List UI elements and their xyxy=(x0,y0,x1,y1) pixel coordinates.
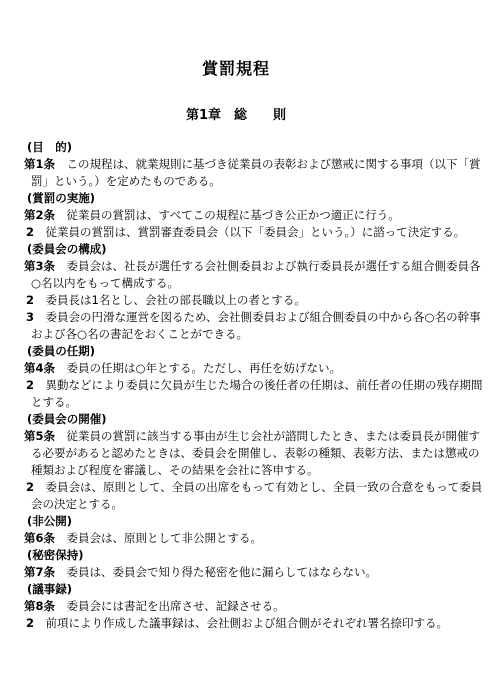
heading-confidentiality: (秘密保持) xyxy=(0,547,482,564)
article-4-para-2-line-2: とする。 xyxy=(0,394,482,411)
article-4-para-2: 2 異動などにより委員に欠員が生じた場合の後任者の任期は、前任者の任期の残存期間 xyxy=(0,377,482,394)
article-5-para-2-text: 委員会は、原則として、全員の出席をもって有効とし、全員一致の合意をもって委員 xyxy=(34,480,482,494)
article-2-text: 従業員の賞罰は、すべてこの規程に基づき公正かつ適正に行う。 xyxy=(55,208,400,222)
article-1-number: 第1条 xyxy=(24,157,55,171)
article-3-para-3: 3 委員会の円滑な運営を図るため、会社側委員および組合側委員の中から各○名の幹事 xyxy=(0,309,482,326)
article-1-line-2: 罰」という。）を定めたものである。 xyxy=(0,173,482,190)
heading-committee-composition: (委員会の構成) xyxy=(0,241,482,258)
article-3-para-2-number: 2 xyxy=(26,293,34,307)
heading-term-of-office: (委員の任期) xyxy=(0,343,482,360)
article-7-text: 委員は、委員会で知り得た秘密を他に漏らしてはならない。 xyxy=(55,565,377,579)
heading-purpose: (目 的) xyxy=(0,139,482,156)
article-5-line-2: る必要があると認めたときは、委員会を開催し、表彰の種類、表彰方法、または懲戒の xyxy=(0,445,482,462)
article-3-para-3-line-2: および各○名の書記をおくことができる。 xyxy=(0,326,482,343)
article-2-line-1: 第2条 従業員の賞罰は、すべてこの規程に基づき公正かつ適正に行う。 xyxy=(0,207,482,224)
article-2-number: 第2条 xyxy=(24,208,55,222)
article-5-para-2: 2 委員会は、原則として、全員の出席をもって有効とし、全員一致の合意をもって委員 xyxy=(0,479,482,496)
document-page: 賞罰規程 第1章 総 則 (目 的) 第1条 この規程は、就業規則に基づき従業員… xyxy=(0,0,488,695)
article-6-number: 第6条 xyxy=(24,531,55,545)
article-4-para-2-number: 2 xyxy=(26,378,34,392)
article-5-number: 第5条 xyxy=(24,429,55,443)
article-1-line-1: 第1条 この規程は、就業規則に基づき従業員の表彰および懲戒に関する事項（以下「賞 xyxy=(0,156,482,173)
article-3-para-2-text: 委員長は1名とし、会社の部長職以上の者とする。 xyxy=(34,293,306,307)
article-1-text: この規程は、就業規則に基づき従業員の表彰および懲戒に関する事項（以下「賞 xyxy=(55,157,481,171)
article-5-line-3: 種類および程度を審議し、その結果を会社に答申する。 xyxy=(0,462,482,479)
article-2-para-2: 2 従業員の賞罰は、賞罰審査委員会（以下「委員会」という。）に諮って決定する。 xyxy=(0,224,482,241)
article-5-para-2-number: 2 xyxy=(26,480,34,494)
article-7-line-1: 第7条 委員は、委員会で知り得た秘密を他に漏らしてはならない。 xyxy=(0,564,482,581)
article-5-text: 従業員の賞罰に該当する事由が生じ会社が諮問したとき、または委員長が開催す xyxy=(55,429,480,443)
heading-non-disclosure: (非公開) xyxy=(0,513,482,530)
article-5-para-2-line-2: 会の決定とする。 xyxy=(0,496,482,513)
article-8-para-2: 2 前項により作成した議事録は、会社側および組合側がそれぞれ署名捺印する。 xyxy=(0,615,482,632)
article-8-text: 委員会には書記を出席させ、記録させる。 xyxy=(55,599,285,613)
article-8-line-1: 第8条 委員会には書記を出席させ、記録させる。 xyxy=(0,598,482,615)
document-title: 賞罰規程 xyxy=(0,56,472,79)
heading-minutes: (議事録) xyxy=(0,581,482,598)
article-6-line-1: 第6条 委員会は、原則として非公開とする。 xyxy=(0,530,482,547)
heading-implementation: (賞罰の実施) xyxy=(0,190,482,207)
heading-committee-meeting: (委員会の開催) xyxy=(0,411,482,428)
article-5-line-1: 第5条 従業員の賞罰に該当する事由が生じ会社が諮問したとき、または委員長が開催す xyxy=(0,428,482,445)
article-2-para-2-text: 従業員の賞罰は、賞罰審査委員会（以下「委員会」という。）に諮って決定する。 xyxy=(34,225,465,239)
article-3-para-3-number: 3 xyxy=(26,310,34,324)
article-8-number: 第8条 xyxy=(24,599,55,613)
article-2-para-2-number: 2 xyxy=(26,225,34,239)
article-7-number: 第7条 xyxy=(24,565,55,579)
article-3-text: 委員会は、社長が選任する会社側委員および執行委員長が選任する組合側委員各 xyxy=(55,259,481,273)
article-4-para-2-text: 異動などにより委員に欠員が生じた場合の後任者の任期は、前任者の任期の残存期間 xyxy=(34,378,482,392)
article-8-para-2-number: 2 xyxy=(26,616,34,630)
article-3-line-1: 第3条 委員会は、社長が選任する会社側委員および執行委員長が選任する組合側委員各 xyxy=(0,258,482,275)
article-3-number: 第3条 xyxy=(24,259,55,273)
article-3-line-2: ○名以内をもって構成する。 xyxy=(0,275,482,292)
article-4-line-1: 第4条 委員の任期は○年とする。ただし、再任を妨げない。 xyxy=(0,360,482,377)
chapter-heading: 第1章 総 則 xyxy=(0,104,472,123)
document-body: (目 的) 第1条 この規程は、就業規則に基づき従業員の表彰および懲戒に関する事… xyxy=(0,139,482,632)
article-4-text: 委員の任期は○年とする。ただし、再任を妨げない。 xyxy=(55,361,341,375)
article-8-para-2-text: 前項により作成した議事録は、会社側および組合側がそれぞれ署名捺印する。 xyxy=(34,616,448,630)
article-6-text: 委員会は、原則として非公開とする。 xyxy=(55,531,262,545)
article-3-para-2: 2 委員長は1名とし、会社の部長職以上の者とする。 xyxy=(0,292,482,309)
article-3-para-3-text: 委員会の円滑な運営を図るため、会社側委員および組合側委員の中から各○名の幹事 xyxy=(34,310,481,324)
article-4-number: 第4条 xyxy=(24,361,55,375)
